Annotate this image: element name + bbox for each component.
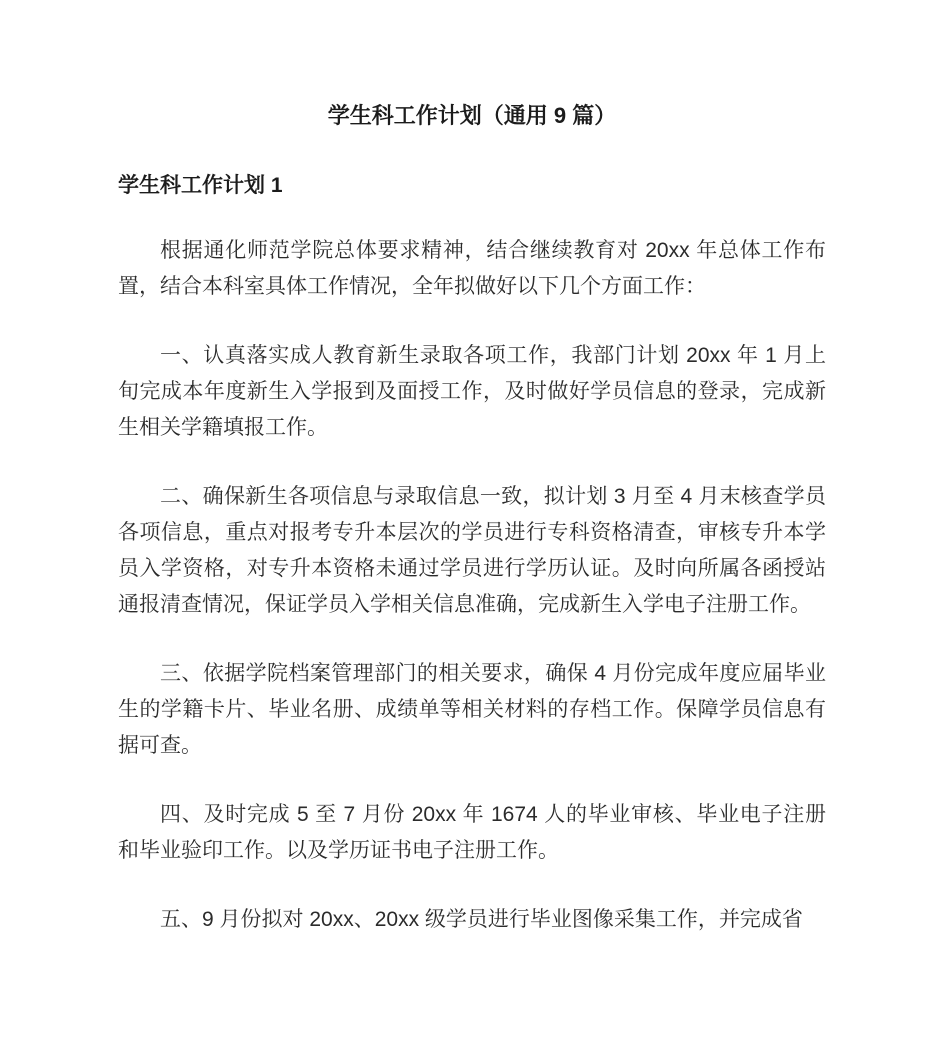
text-line: 五、9 月份拟对 20xx、20xx 级学员进行毕业图像采集工作，并完成省 (118, 902, 826, 938)
text-line: 生的学籍卡片、毕业名册、成绩单等相关材料的存档工作。保障学员信息有 (118, 692, 826, 728)
paragraph: 根据通化师范学院总体要求精神，结合继续教育对 20xx 年总体工作布置，结合本科… (118, 233, 826, 305)
document-body: 根据通化师范学院总体要求精神，结合继续教育对 20xx 年总体工作布置，结合本科… (118, 233, 826, 938)
document-title: 学生科工作计划（通用 9 篇） (118, 97, 826, 134)
text-line: 和毕业验印工作。以及学历证书电子注册工作。 (118, 833, 826, 869)
text-line: 二、确保新生各项信息与录取信息一致，拟计划 3 月至 4 月末核查学员 (118, 479, 826, 515)
paragraph: 三、依据学院档案管理部门的相关要求，确保 4 月份完成年度应届毕业生的学籍卡片、… (118, 656, 826, 764)
section-heading: 学生科工作计划 1 (118, 168, 826, 204)
paragraph: 二、确保新生各项信息与录取信息一致，拟计划 3 月至 4 月末核查学员各项信息，… (118, 479, 826, 623)
paragraph: 一、认真落实成人教育新生录取各项工作，我部门计划 20xx 年 1 月上旬完成本… (118, 338, 826, 446)
paragraph: 五、9 月份拟对 20xx、20xx 级学员进行毕业图像采集工作，并完成省 (118, 902, 826, 938)
text-line: 通报清查情况，保证学员入学相关信息准确，完成新生入学电子注册工作。 (118, 587, 826, 623)
text-line: 各项信息，重点对报考专升本层次的学员进行专科资格清查，审核专升本学 (118, 515, 826, 551)
paragraph: 四、及时完成 5 至 7 月份 20xx 年 1674 人的毕业审核、毕业电子注… (118, 797, 826, 869)
text-line: 旬完成本年度新生入学报到及面授工作，及时做好学员信息的登录，完成新 (118, 374, 826, 410)
text-line: 据可查。 (118, 728, 826, 764)
text-line: 员入学资格，对专升本资格未通过学员进行学历认证。及时向所属各函授站 (118, 551, 826, 587)
text-line: 根据通化师范学院总体要求精神，结合继续教育对 20xx 年总体工作布 (118, 233, 826, 269)
text-line: 生相关学籍填报工作。 (118, 410, 826, 446)
document-page: 学生科工作计划（通用 9 篇） 学生科工作计划 1 根据通化师范学院总体要求精神… (0, 0, 944, 1056)
text-line: 一、认真落实成人教育新生录取各项工作，我部门计划 20xx 年 1 月上 (118, 338, 826, 374)
text-line: 置，结合本科室具体工作情况，全年拟做好以下几个方面工作： (118, 269, 826, 305)
text-line: 四、及时完成 5 至 7 月份 20xx 年 1674 人的毕业审核、毕业电子注… (118, 797, 826, 833)
text-line: 三、依据学院档案管理部门的相关要求，确保 4 月份完成年度应届毕业 (118, 656, 826, 692)
document-content: 学生科工作计划（通用 9 篇） 学生科工作计划 1 根据通化师范学院总体要求精神… (0, 0, 944, 938)
